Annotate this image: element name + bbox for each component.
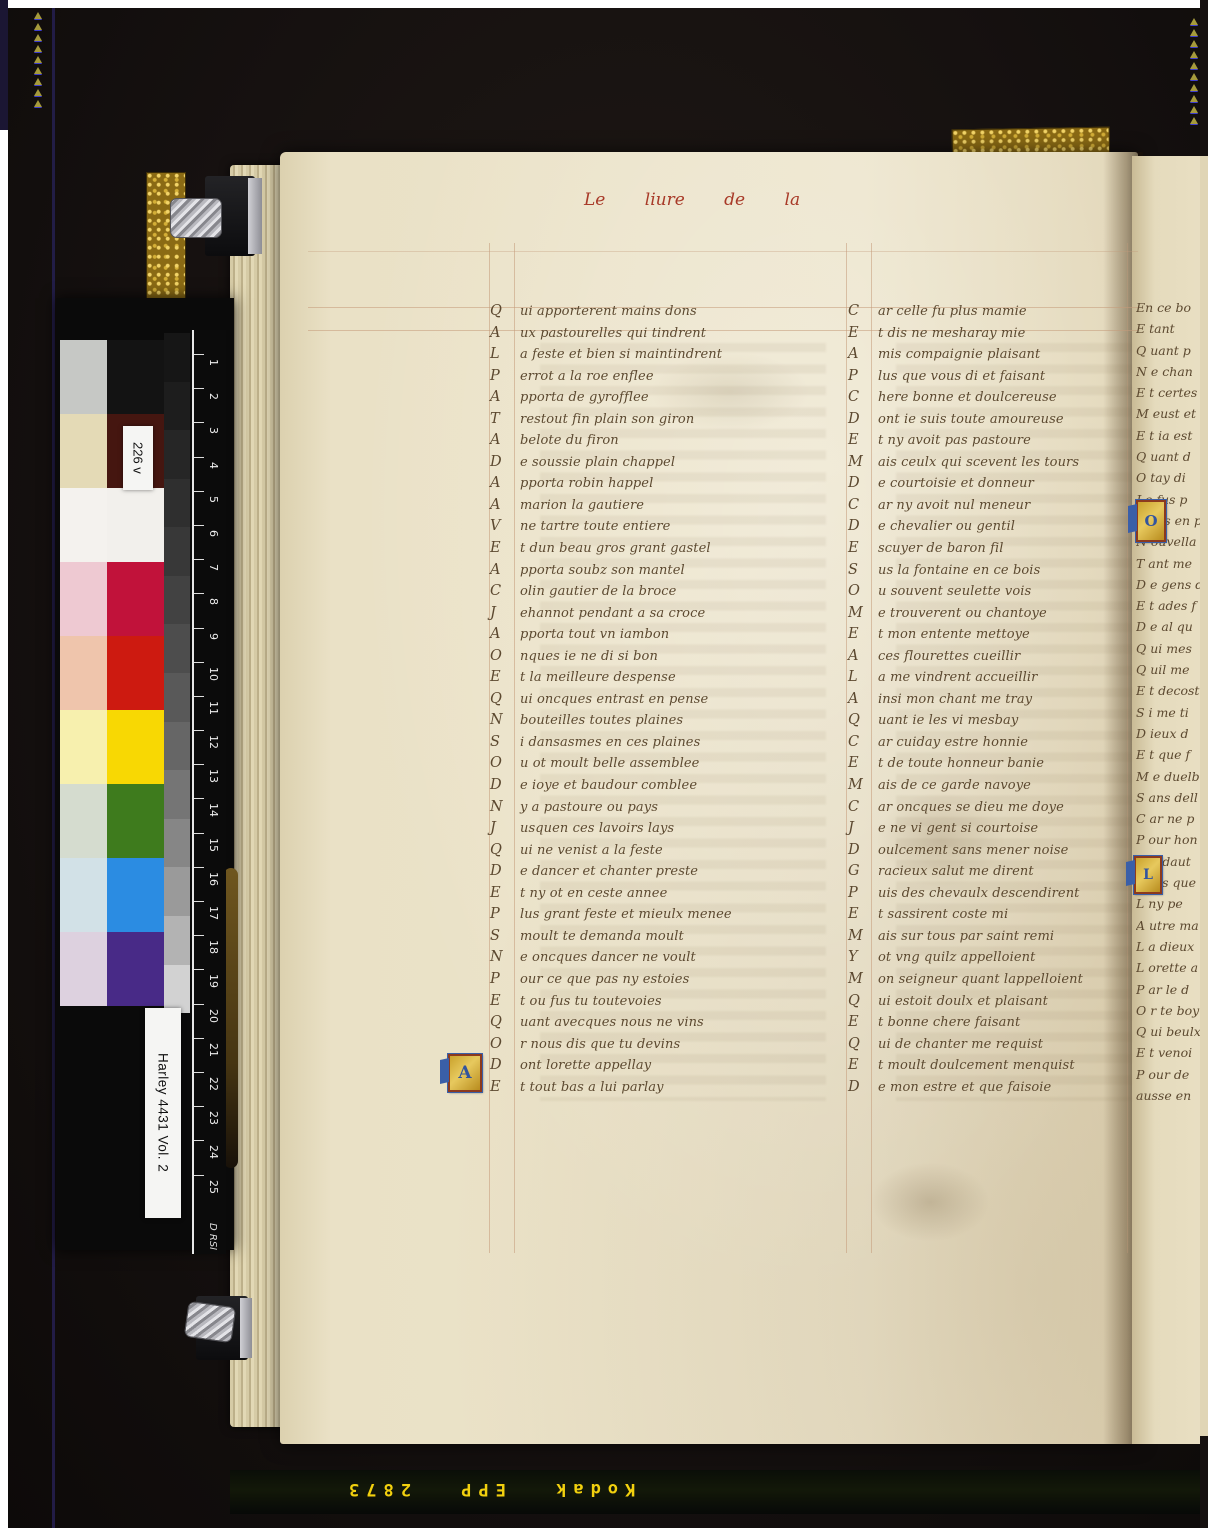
line-text: us la fontaine en ce bois: [878, 563, 1040, 578]
manuscript-line: Q ui ne venist a la feste: [488, 842, 830, 864]
ruler-unit: 4: [194, 457, 226, 491]
line-initial: E: [846, 540, 878, 556]
ruler-unit: 16: [194, 867, 226, 901]
line-text: pporta robin happel: [520, 476, 653, 491]
manuscript-line: A pporta tout vn iambon: [488, 626, 830, 648]
photo-edge-overlay: [1200, 156, 1208, 1436]
line-text: uis des chevaulx descendirent: [878, 886, 1080, 901]
color-patch-row: [60, 562, 164, 636]
line-text: y a pastoure ou pays: [520, 800, 658, 815]
line-text: ui apporterent mains dons: [520, 304, 697, 319]
line-text: belote du firon: [520, 433, 619, 448]
line-text: e courtoisie et donneur: [878, 476, 1034, 491]
grayscale-step: [164, 867, 190, 916]
manuscript-line: E t ny ot en ceste annee: [488, 885, 830, 907]
text-column-left: Q ui apporterent mains dons A ux pastour…: [488, 303, 830, 1100]
line-text: ehannot pendant a sa croce: [520, 606, 705, 621]
manuscript-line: L a me vindrent accueillir: [846, 669, 1146, 691]
line-text: e trouverent ou chantoye: [878, 606, 1047, 621]
line-initial: S: [846, 562, 878, 578]
line-initial: Q: [488, 691, 520, 707]
grayscale-step: [164, 430, 190, 479]
line-text: ui estoit doulx et plaisant: [878, 994, 1048, 1009]
line-initial: D: [846, 411, 878, 427]
ruler-unit: 20: [194, 1004, 226, 1038]
manuscript-line: O u souvent seulette vois: [846, 583, 1146, 605]
line-text: t de toute honneur banie: [878, 756, 1044, 771]
ruler-number: 3: [207, 427, 220, 434]
line-text: uant avecques nous ne vins: [520, 1015, 704, 1030]
manuscript-line: M ais de ce garde navoye: [846, 777, 1146, 799]
line-initial: C: [846, 389, 878, 405]
line-initial: Q: [846, 712, 878, 728]
ruler-unit: 5: [194, 491, 226, 525]
facing-page-line-fragment: P our hon: [1136, 832, 1204, 853]
manuscript-line: E scuyer de baron fil: [846, 540, 1146, 562]
ruler-unit: 7: [194, 559, 226, 593]
line-text: r nous dis que tu devins: [520, 1037, 680, 1052]
manuscript-line: S i dansasmes en ces plaines: [488, 734, 830, 756]
line-initial: C: [846, 799, 878, 815]
ruler-unit: 18: [194, 935, 226, 969]
manuscript-line: A ces flourettes cueillir: [846, 648, 1146, 670]
line-text: t sassirent coste mi: [878, 907, 1008, 922]
line-initial: E: [488, 1079, 520, 1095]
manuscript-line: C ar cuiday estre honnie: [846, 734, 1146, 756]
line-text: e mon estre et que faisoie: [878, 1080, 1051, 1095]
manuscript-line: E t mon entente mettoye: [846, 626, 1146, 648]
line-text: ais sur tous par saint remi: [878, 929, 1054, 944]
photograph: Le liure de la Q ui apporterent mains do…: [0, 0, 1208, 1536]
line-initial: E: [846, 626, 878, 642]
manuscript-line: O u ot moult belle assemblee: [488, 755, 830, 777]
line-initial: D: [846, 475, 878, 491]
line-initial: E: [846, 1014, 878, 1030]
manuscript-line: D ont ie suis toute amoureuse: [846, 411, 1146, 433]
ruler-number: 6: [207, 530, 220, 537]
line-initial: L: [846, 669, 878, 685]
manuscript-line: D ont lorette appellay: [488, 1057, 830, 1079]
line-text: mis compaignie plaisant: [878, 347, 1040, 362]
line-text: ar oncques se dieu me doye: [878, 800, 1064, 815]
line-text: racieux salut me dirent: [878, 864, 1034, 879]
facing-page-line-fragment: S i me ti: [1136, 705, 1204, 726]
line-text: lus que vous di et faisant: [878, 369, 1045, 384]
manuscript-line: P errot a la roe enflee: [488, 368, 830, 390]
line-initial: E: [488, 540, 520, 556]
line-initial: Q: [488, 303, 520, 319]
color-patch-pale: [60, 636, 107, 710]
line-text: on seigneur quant lappelloient: [878, 972, 1083, 987]
color-patch-row: [60, 340, 164, 414]
facing-page-line-fragment: E t ades f: [1136, 598, 1204, 619]
color-patch-saturated: [107, 710, 164, 784]
facing-page-line-fragment: S ans dell: [1136, 790, 1204, 811]
line-initial: Q: [488, 842, 520, 858]
line-text: ces flourettes cueillir: [878, 649, 1020, 664]
line-initial: D: [488, 454, 520, 470]
line-text: e chevalier ou gentil: [878, 519, 1015, 534]
ruler: 1 2 3 4 5 6 7 8 9 10 11 12 13 14 15: [192, 330, 226, 1254]
facing-page-line-fragment: O r te boy: [1136, 1003, 1204, 1024]
line-initial: N: [488, 799, 520, 815]
ruler-number: 25: [207, 1180, 220, 1194]
line-text: ais de ce garde navoye: [878, 778, 1031, 793]
grayscale-step: [164, 965, 190, 1014]
color-patch-pale: [60, 340, 107, 414]
line-initial: O: [488, 1036, 520, 1052]
line-text: e ioye et baudour comblee: [520, 778, 697, 793]
line-text: ais ceulx qui scevent les tours: [878, 455, 1079, 470]
line-text: t mon entente mettoye: [878, 627, 1030, 642]
illuminated-initial-facing-top: O: [1136, 500, 1166, 542]
line-text: ar ny avoit nul meneur: [878, 498, 1030, 513]
manuscript-line: E t tout bas a lui parlay: [488, 1079, 830, 1101]
line-initial: E: [846, 906, 878, 922]
manuscript-line: P our ce que pas ny estoies: [488, 971, 830, 993]
manuscript-line: E t dun beau gros grant gastel: [488, 540, 830, 562]
grayscale-step: [164, 673, 190, 722]
ruler-number: 2: [207, 393, 220, 400]
ruler-unit: 17: [194, 901, 226, 935]
ruler-unit: 11: [194, 696, 226, 730]
facing-page-line-fragment: Q uant d: [1136, 449, 1204, 470]
ruler-footer-label: D RSI: [207, 1223, 218, 1250]
line-text: usquen ces lavoirs lays: [520, 821, 674, 836]
manuscript-line: A mis compaignie plaisant: [846, 346, 1146, 368]
line-text: t ou fus tu toutevoies: [520, 994, 662, 1009]
line-initial: E: [846, 432, 878, 448]
color-patch-saturated: [107, 636, 164, 710]
facing-page-line-fragment: E tant: [1136, 321, 1204, 342]
manuscript-line: E t ou fus tu toutevoies: [488, 993, 830, 1015]
manuscript-line: D e chevalier ou gentil: [846, 518, 1146, 540]
manuscript-line: D oulcement sans mener noise: [846, 842, 1146, 864]
line-text: t bonne chere faisant: [878, 1015, 1020, 1030]
ruler-unit: 10: [194, 662, 226, 696]
line-text: ar celle fu plus mamie: [878, 304, 1027, 319]
facing-page-line-fragment: D e al qu: [1136, 619, 1204, 640]
grayscale-step: [164, 819, 190, 868]
facing-page-line-fragment: ausse en: [1136, 1088, 1204, 1109]
ruling-line: [308, 251, 1138, 252]
facing-page-line-fragment: P ar le d: [1136, 982, 1204, 1003]
binder-clip-bottom-handle: [184, 1301, 237, 1343]
manuscript-line: Q ui de chanter me requist: [846, 1036, 1146, 1058]
ruler-number: 16: [207, 872, 220, 886]
line-initial: M: [846, 928, 878, 944]
ruler-scale: 1 2 3 4 5 6 7 8 9 10 11 12 13 14 15: [194, 354, 226, 1209]
grayscale-step: [164, 624, 190, 673]
ruler-number: 1: [207, 359, 220, 366]
facing-page-line-fragment: Q uant p: [1136, 343, 1204, 364]
ruler-number: 8: [207, 598, 220, 605]
grayscale-step: [164, 527, 190, 576]
line-initial: D: [846, 518, 878, 534]
line-text: here bonne et doulcereuse: [878, 390, 1057, 405]
manuscript-line: A pporta soubz son mantel: [488, 562, 830, 584]
manuscript-line: D e soussie plain chappel: [488, 454, 830, 476]
color-patch-row: [60, 488, 164, 562]
line-initial: O: [488, 648, 520, 664]
line-text: nques ie ne di si bon: [520, 649, 658, 664]
manuscript-line: Q ui apporterent mains dons: [488, 303, 830, 325]
ruler-number: 11: [207, 701, 220, 715]
color-patch-row: [60, 858, 164, 932]
manuscript-line: S us la fontaine en ce bois: [846, 562, 1146, 584]
ruler-unit: 24: [194, 1140, 226, 1174]
facing-page-line-fragment: D ieux d: [1136, 726, 1204, 747]
ruler-unit: 13: [194, 764, 226, 798]
ruler-number: 9: [207, 633, 220, 640]
manuscript-line: A belote du firon: [488, 432, 830, 454]
line-initial: A: [846, 648, 878, 664]
line-initial: D: [488, 863, 520, 879]
ruler-number: 15: [207, 838, 220, 852]
line-initial: A: [488, 562, 520, 578]
facing-page-line-fragment: E t certes: [1136, 385, 1204, 406]
facing-page-line-fragment: P our de: [1136, 1067, 1204, 1088]
manuscript-line: J ehannot pendant a sa croce: [488, 605, 830, 627]
ruler-number: 21: [207, 1043, 220, 1057]
ruler-unit: 2: [194, 388, 226, 422]
ruler-number: 17: [207, 906, 220, 920]
line-text: ar cuiday estre honnie: [878, 735, 1028, 750]
facing-page-line-fragment: Q ui mes: [1136, 641, 1204, 662]
manuscript-line: D e dancer et chanter preste: [488, 863, 830, 885]
line-initial: M: [846, 454, 878, 470]
grayscale-step: [164, 916, 190, 965]
line-text: i dansasmes en ces plaines: [520, 735, 700, 750]
color-patch-saturated: [107, 488, 164, 562]
line-initial: D: [846, 842, 878, 858]
ruler-number: 13: [207, 769, 220, 783]
line-initial: O: [846, 583, 878, 599]
color-patch-pale: [60, 858, 107, 932]
grayscale-strip: [164, 333, 190, 1013]
line-text: marion la gautiere: [520, 498, 644, 513]
manuscript-line: D e ioye et baudour comblee: [488, 777, 830, 799]
manuscript-line: P uis des chevaulx descendirent: [846, 885, 1146, 907]
line-initial: C: [846, 303, 878, 319]
facing-page-text: En ce bo E tant Q uant p N e chan E t ce…: [1136, 300, 1204, 1109]
grayscale-step: [164, 576, 190, 625]
manuscript-line: P lus grant feste et mieulx menee: [488, 906, 830, 928]
line-initial: Q: [488, 1014, 520, 1030]
manuscript-line: A pporta de gyrofflee: [488, 389, 830, 411]
color-patch-pale: [60, 784, 107, 858]
facing-page-line-fragment: C ar ne p: [1136, 811, 1204, 832]
binder-clip-top-handle: [170, 198, 222, 238]
ruler-number: 10: [207, 667, 220, 681]
line-initial: A: [488, 389, 520, 405]
facing-page-line-fragment: L ny pe: [1136, 896, 1204, 917]
facing-page-line-fragment: E t decost: [1136, 683, 1204, 704]
line-text: u ot moult belle assemblee: [520, 756, 699, 771]
manuscript-line: E t dis ne mesharay mie: [846, 325, 1146, 347]
line-text: t la meilleure despense: [520, 670, 676, 685]
line-initial: A: [846, 346, 878, 362]
illuminated-initial-facing-bottom: L: [1134, 856, 1162, 894]
ruler-unit: 25: [194, 1175, 226, 1209]
kodak-film-label: Kodak EPP 2873: [342, 1479, 635, 1499]
manuscript-line: J usquen ces lavoirs lays: [488, 820, 830, 842]
line-text: pporta de gyrofflee: [520, 390, 649, 405]
manuscript-line: E t de toute honneur banie: [846, 755, 1146, 777]
photo-background: Le liure de la Q ui apporterent mains do…: [8, 8, 1200, 1528]
ruler-number: 20: [207, 1009, 220, 1023]
binder-clip-bottom-edge: [240, 1298, 252, 1358]
manuscript-line: A marion la gautiere: [488, 497, 830, 519]
ruler-number: 14: [207, 803, 220, 817]
color-patch-saturated: [107, 784, 164, 858]
line-initial: E: [488, 885, 520, 901]
ruler-number: 12: [207, 735, 220, 749]
line-initial: N: [488, 949, 520, 965]
line-initial: P: [488, 368, 520, 384]
line-initial: A: [488, 475, 520, 491]
line-text: ux pastourelles qui tindrent: [520, 326, 706, 341]
manuscript-line: A ux pastourelles qui tindrent: [488, 325, 830, 347]
manuscript-line: C ar celle fu plus mamie: [846, 303, 1146, 325]
facing-page-line-fragment: Q ui beulx: [1136, 1024, 1204, 1045]
line-initial: A: [488, 626, 520, 642]
manuscript-line: M ais sur tous par saint remi: [846, 928, 1146, 950]
ruler-number: 19: [207, 974, 220, 988]
facing-page-line-fragment: L orette a: [1136, 960, 1204, 981]
color-patch-saturated: [107, 858, 164, 932]
line-initial: Q: [846, 993, 878, 1009]
line-initial: P: [846, 368, 878, 384]
line-initial: V: [488, 518, 520, 534]
color-patch-row: [60, 710, 164, 784]
line-initial: A: [846, 691, 878, 707]
line-text: t ny avoit pas pastoure: [878, 433, 1031, 448]
line-initial: E: [488, 993, 520, 1009]
line-text: olin gautier de la broce: [520, 584, 676, 599]
grayscale-step: [164, 770, 190, 819]
ruler-number: 23: [207, 1111, 220, 1125]
ruler-unit: 12: [194, 730, 226, 764]
ruler-number: 22: [207, 1077, 220, 1091]
line-initial: D: [488, 777, 520, 793]
ruler-number: 18: [207, 940, 220, 954]
line-text: e oncques dancer ne voult: [520, 950, 696, 965]
manuscript-line: E t ny avoit pas pastoure: [846, 432, 1146, 454]
manuscript-line: C ar ny avoit nul meneur: [846, 497, 1146, 519]
manuscript-line: E t la meilleure despense: [488, 669, 830, 691]
facing-page-line-fragment: M eust et: [1136, 406, 1204, 427]
binder-clip-top-edge: [248, 178, 262, 254]
line-text: ont ie suis toute amoureuse: [878, 412, 1064, 427]
manuscript-line: M e trouverent ou chantoye: [846, 605, 1146, 627]
line-initial: D: [488, 1057, 520, 1073]
line-initial: C: [846, 497, 878, 513]
illuminated-initial-left-column: A: [448, 1054, 482, 1092]
facing-page-line-fragment: T ant me: [1136, 556, 1204, 577]
manuscript-line: E t moult doulcement menquist: [846, 1057, 1146, 1079]
line-text: u souvent seulette vois: [878, 584, 1031, 599]
line-text: t ny ot en ceste annee: [520, 886, 667, 901]
ruler-number: 5: [207, 496, 220, 503]
manuscript-line: C here bonne et doulcereuse: [846, 389, 1146, 411]
line-text: lus grant feste et mieulx menee: [520, 907, 732, 922]
ruler-unit: 8: [194, 593, 226, 627]
line-initial: T: [488, 411, 520, 427]
line-initial: J: [846, 820, 878, 836]
line-initial: J: [488, 605, 520, 621]
line-text: t dun beau gros grant gastel: [520, 541, 711, 556]
color-patch-pale: [60, 932, 107, 1006]
line-initial: E: [846, 325, 878, 341]
line-initial: S: [488, 928, 520, 944]
line-text: e soussie plain chappel: [520, 455, 675, 470]
line-initial: G: [846, 863, 878, 879]
manuscript-line: C ar oncques se dieu me doye: [846, 799, 1146, 821]
line-text: bouteilles toutes plaines: [520, 713, 683, 728]
manuscript-line: N bouteilles toutes plaines: [488, 712, 830, 734]
line-text: e dancer et chanter preste: [520, 864, 698, 879]
color-patch-saturated: [107, 562, 164, 636]
color-patch-row: [60, 636, 164, 710]
ruler-unit: 19: [194, 969, 226, 1003]
ruler-unit: 22: [194, 1072, 226, 1106]
manuscript-line: Q ui oncques entrast en pense: [488, 691, 830, 713]
facing-page-line-fragment: E t venoi: [1136, 1045, 1204, 1066]
manuscript-line: E t bonne chere faisant: [846, 1014, 1146, 1036]
film-strip-bottom: Kodak EPP 2873: [230, 1470, 1200, 1514]
manuscript-line: N y a pastoure ou pays: [488, 799, 830, 821]
line-text: pporta tout vn iambon: [520, 627, 669, 642]
ruler-unit: 6: [194, 525, 226, 559]
line-initial: Y: [846, 949, 878, 965]
ruler-unit: 1: [194, 354, 226, 388]
facing-page-line-fragment: M e duelb: [1136, 769, 1204, 790]
manuscript-line: J e ne vi gent si courtoise: [846, 820, 1146, 842]
facing-page-line-fragment: En ce bo: [1136, 300, 1204, 321]
line-initial: P: [846, 885, 878, 901]
line-initial: M: [846, 971, 878, 987]
color-patch-row: [60, 932, 164, 1006]
ruler-number: 7: [207, 564, 220, 571]
line-text: oulcement sans mener noise: [878, 843, 1068, 858]
manuscript-line: M on seigneur quant lappelloient: [846, 971, 1146, 993]
facing-page-line-fragment: Q uil me: [1136, 662, 1204, 683]
ruler-unit: 3: [194, 422, 226, 456]
manuscript-line: A insi mon chant me tray: [846, 691, 1146, 713]
line-initial: A: [488, 325, 520, 341]
line-initial: O: [488, 755, 520, 771]
manuscript-line: A pporta robin happel: [488, 475, 830, 497]
color-patch-row: [60, 784, 164, 858]
manuscript-line: V ne tartre toute entiere: [488, 518, 830, 540]
ruler-unit: 15: [194, 833, 226, 867]
manuscript-line: Q uant ie les vi mesbay: [846, 712, 1146, 734]
line-text: uant ie les vi mesbay: [878, 713, 1018, 728]
line-initial: S: [488, 734, 520, 750]
line-initial: L: [488, 346, 520, 362]
ruler-number: 24: [207, 1145, 220, 1159]
facing-page-line-fragment: E t que f: [1136, 747, 1204, 768]
color-patch-pale: [60, 562, 107, 636]
text-column-right: C ar celle fu plus mamie E t dis ne mesh…: [846, 303, 1146, 1100]
line-text: a me vindrent accueillir: [878, 670, 1038, 685]
line-initial: A: [488, 497, 520, 513]
manuscript-line: D e mon estre et que faisoie: [846, 1079, 1146, 1101]
line-text: restout fin plain son giron: [520, 412, 694, 427]
facing-page-line-fragment: E t ia est: [1136, 428, 1204, 449]
ruler-unit: 14: [194, 798, 226, 832]
